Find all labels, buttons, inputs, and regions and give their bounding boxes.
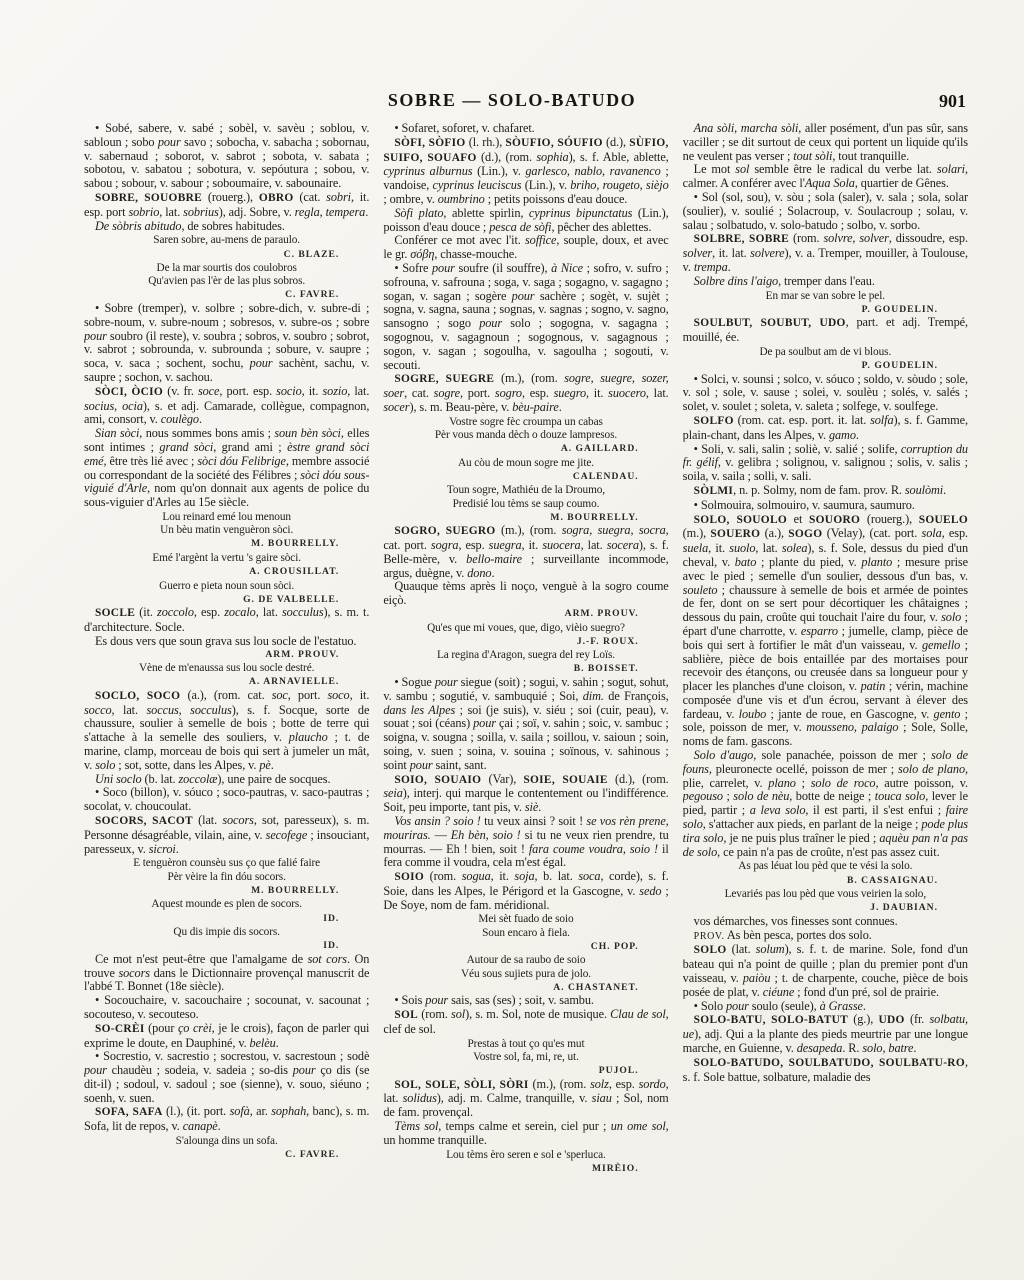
text-segment: mousseno, palaigo <box>806 720 898 734</box>
text-segment: semble être le radical du verbe lat. <box>749 162 937 176</box>
verse-quotation: Autour de sa raubo de soioVéu sous sujie… <box>383 953 668 981</box>
verse-line: Prestas à tout ço qu'es mut <box>387 1038 664 1051</box>
text-segment: pour <box>84 329 107 343</box>
text-segment: soce <box>198 384 219 398</box>
headword: SOIO <box>394 871 424 883</box>
text-segment: sogua <box>462 869 491 883</box>
text-segment: • Socouchaire, v. sacouchaire ; socounat… <box>84 993 369 1021</box>
text-segment: socer <box>383 400 409 414</box>
text-segment: , lat. <box>755 541 782 555</box>
text-segment: (l.), (it. port. <box>163 1104 230 1118</box>
headword: SOIO, SOUAIO <box>394 774 481 786</box>
text-segment: grand sòci <box>159 440 213 454</box>
verse-quotation: Lou reinard emé lou menounUn bèu matin v… <box>84 510 369 538</box>
page-title: SOBRE — SOLO-BATUDO <box>0 90 1024 111</box>
text-segment: , port. esp. <box>219 384 276 398</box>
text-segment: belèu <box>250 1036 276 1050</box>
paragraph: De sòbris abitudo, de sobres habitudes. <box>84 220 369 234</box>
text-segment: pour <box>425 993 448 1007</box>
text-segment: sol <box>451 1007 465 1021</box>
text-segment: soco <box>327 688 349 702</box>
text-segment: chaudèu ; sodeia, v. sadeia ; so-dis <box>107 1063 293 1077</box>
paragraph: • Solo pour soulo (seule), à Grasse. <box>683 1000 968 1014</box>
paragraph: • Sogue pour siegue (soit) ; sogui, v. s… <box>383 676 668 773</box>
verse-quotation: E tenguèron counsèu sus ço que falié fai… <box>84 856 369 884</box>
text-segment: pour <box>84 1063 107 1077</box>
text-segment: socco <box>84 703 112 717</box>
text-segment: , sole panachée, poisson de mer ; <box>753 748 931 762</box>
verse-line: Qu dis impie dis socors. <box>88 926 365 939</box>
text-segment: (cat. <box>294 190 327 204</box>
headword: SOUORO <box>809 514 860 526</box>
text-segment: solo <box>941 610 961 624</box>
text-segment: loubo <box>739 707 767 721</box>
text-segment: , nous sommes bons amis ; <box>139 426 274 440</box>
paragraph: • Solci, v. sounsi ; solco, v. sóuco ; s… <box>683 373 968 414</box>
text-segment: , pleuronecte ocellé, poisson de mer ; <box>709 762 898 776</box>
headword: SOCLO, SOCO <box>95 690 180 702</box>
text-segment: soffice <box>525 233 556 247</box>
text-segment: un ome sol <box>611 1119 666 1133</box>
text-segment: (l. rh.), <box>466 135 506 149</box>
headword: SOLO, SOUOLO <box>694 514 787 526</box>
text-segment: socors <box>118 966 150 980</box>
headword: SÒFI, SÒFIO <box>394 137 465 149</box>
verse-line: Qu'avien pas l'èr de las plus sobros. <box>88 275 365 288</box>
text-segment: ciéune <box>763 985 795 999</box>
paragraph: • Soli, v. sali, salin ; soliè, v. salié… <box>683 443 968 484</box>
text-segment: (Lin.), v. <box>472 164 525 178</box>
text-segment: (a.), (rom. cat. <box>180 688 271 702</box>
dictionary-entry: SOL, SOLE, SÒLI, SÒRI (m.), (rom. solz, … <box>383 1078 668 1120</box>
text-segment: pè <box>259 758 270 772</box>
text-segment: suocero <box>608 386 646 400</box>
dictionary-page-scan: SOBRE — SOLO-BATUDO 901 • Sobé, sabere, … <box>0 0 1024 1280</box>
text-segment: ), s. m. Beau-père, v. <box>409 400 512 414</box>
verse-quotation: Emé l'argènt la vertu 's gaire sòci. <box>84 551 369 566</box>
text-segment: solo de nèu <box>733 789 789 803</box>
text-segment: , lat. <box>256 605 282 619</box>
headword: SOLFO <box>694 415 734 427</box>
headword: SOL <box>394 1009 418 1021</box>
text-segment: soufre (il souffre), <box>455 261 551 275</box>
dictionary-entry: SOCLO, SOCO (a.), (rom. cat. soc, port. … <box>84 689 369 773</box>
text-segment: , lat. <box>581 538 607 552</box>
text-segment: zocalo <box>224 605 256 619</box>
text-segment: (rom. <box>418 1007 451 1021</box>
citation-author: CH. POP. <box>383 941 668 954</box>
text-segment: soun bèn sòci <box>274 426 341 440</box>
text-segment: (rom. <box>789 231 823 245</box>
verse-quotation: Levariés pas lou pèd que vous veirien la… <box>683 887 968 902</box>
text-segment: solver <box>683 246 712 260</box>
text-segment: , grand ami ; <box>213 440 287 454</box>
dictionary-entry: SOBRE, SOUOBRE (rouerg.), OBRO (cat. sob… <box>84 191 369 220</box>
verse-line: Autour de sa raubo de soio <box>387 954 664 967</box>
paragraph: • Socrestio, v. sacrestio ; socrestou, v… <box>84 1050 369 1105</box>
headword: SÒCI, ÒCIO <box>95 386 163 398</box>
text-segment: ço crèi <box>178 1021 212 1035</box>
text-segment: solo de plano <box>898 762 965 776</box>
dictionary-entry: SOGRE, SUEGRE (m.), (rom. sogre, suegre,… <box>383 372 668 414</box>
citation-author: J.-F. ROUX. <box>383 636 668 649</box>
headword: SOGRE, SUEGRE <box>394 373 494 385</box>
text-segment: • Sofaret, soforet, v. chafaret. <box>394 122 534 135</box>
text-segment: souleto <box>683 583 718 597</box>
verse-quotation: Aquest mounde es plen de socors. <box>84 897 369 912</box>
text-segment: desapeda <box>797 1041 843 1055</box>
citation-author: C. FAVRE. <box>84 1149 369 1162</box>
verse-line: Saren sobre, au-mens de paraulo. <box>88 234 365 247</box>
text-segment: vos démarches, vos finesses sont connues… <box>694 914 898 928</box>
text-segment: ), une paire de socques. <box>217 772 330 786</box>
citation-author: MIRÈIO. <box>383 1163 668 1176</box>
text-segment: (Velay), (cat. port. <box>822 526 921 540</box>
text-segment: , dissoudre, esp. <box>889 231 968 245</box>
text-segment: . <box>271 758 274 772</box>
text-segment: ; sot, sotte, dans les Alpes, v. <box>115 758 259 772</box>
text-segment: (m.), <box>683 526 711 540</box>
text-segment: Sian sòci <box>95 426 139 440</box>
columns: • Sobé, sabere, v. sabé ; sobèl, v. savè… <box>84 122 968 1242</box>
text-segment: ; ombre, v. <box>383 192 437 206</box>
headword: SOLO <box>694 944 727 956</box>
text-segment: coulègo <box>161 412 199 426</box>
text-segment: seia <box>383 786 402 800</box>
paragraph: Es dous vers que soun grava sus lou socl… <box>84 635 369 649</box>
text-segment: sophia <box>536 150 568 164</box>
text-segment: Ana sòli, marcha sòli <box>694 122 799 135</box>
text-segment: ), adj. m. Calme, tranquille, v. <box>437 1091 592 1105</box>
text-segment: , port. <box>460 386 495 400</box>
dictionary-entry: SOGRO, SUEGRO (m.), (rom. sogra, suegra,… <box>383 524 668 580</box>
text-segment: planto <box>861 555 892 569</box>
text-segment: ; <box>796 776 811 790</box>
text-segment: . <box>863 999 866 1013</box>
text-segment: ; fond d'un pré, sol de prairie. <box>794 985 939 999</box>
text-segment: soulòmi <box>905 483 943 497</box>
verse-line: Predisié lou tèms se saup coumo. <box>387 498 664 511</box>
text-segment: pour <box>479 316 502 330</box>
verse-quotation: Guerro e pieta noun soun sòci. <box>84 579 369 594</box>
verse-line: De la mar sourtis dos coulobros <box>88 262 365 275</box>
text-segment: a leva solo <box>750 803 806 817</box>
text-segment: sordo <box>639 1077 666 1091</box>
citation-author: A. GAILLARD. <box>383 443 668 456</box>
text-segment: • Solci, v. sounsi ; solco, v. sóuco ; s… <box>683 372 968 414</box>
text-segment: . <box>491 566 494 580</box>
text-segment: (rom. <box>424 869 462 883</box>
text-segment: ; petits poissons d'eau douce. <box>485 192 628 206</box>
text-segment: sol <box>735 162 749 176</box>
text-segment: • Sois <box>394 993 425 1007</box>
dictionary-entry: SOLBRE, SOBRE (rom. solvre, solver, diss… <box>683 232 968 274</box>
verse-line: Aquest mounde es plen de socors. <box>88 898 365 911</box>
text-segment: . <box>276 1036 279 1050</box>
text-segment: . <box>913 1041 916 1055</box>
text-segment: . R. <box>842 1041 862 1055</box>
text-segment: , v. gelibra ; solignou, v. salignou ; s… <box>683 455 968 483</box>
text-segment: , b. lat. <box>535 869 579 883</box>
text-segment: cyprinus leuciscus <box>432 178 521 192</box>
text-segment: socors <box>222 813 254 827</box>
text-segment: , esp. <box>609 1077 639 1091</box>
text-segment: ), s. f. Able, ablette, <box>569 150 669 164</box>
verse-line: Qu'es que mi voues, que, digo, vièio sue… <box>387 622 664 635</box>
text-segment: ; chaussure à semelle de bois et armée d… <box>683 583 968 625</box>
paragraph: Sòfi plato, ablette spirlin, cyprinus bi… <box>383 207 668 235</box>
verse-quotation: Qu'es que mi voues, que, digo, vièio sue… <box>383 621 668 636</box>
text-segment: , botte de neige ; <box>789 789 874 803</box>
text-segment: cyprinus alburnus <box>383 164 472 178</box>
paragraph: Solbre dins l'aigo, tremper dans l'eau. <box>683 275 968 289</box>
paragraph: • Soco (billon), v. sóuco ; soco-pautras… <box>84 786 369 814</box>
text-segment: (m.), (rom. <box>494 371 564 385</box>
text-segment: (v. fr. <box>163 384 198 398</box>
verse-quotation: Prestas à tout ço qu'es mutVostre sol, f… <box>383 1037 668 1065</box>
text-segment: solari <box>937 162 965 176</box>
text-segment: sobri <box>326 190 351 204</box>
text-segment: et <box>787 512 809 526</box>
text-segment: solo <box>95 758 115 772</box>
text-segment: Aqua Sola <box>805 176 855 190</box>
text-segment: pegouso <box>683 789 723 803</box>
text-segment: , temps calme et serein, ciel pur ; <box>438 1119 610 1133</box>
text-segment: pour <box>512 289 535 303</box>
headword: SOCORS, SACOT <box>95 815 193 827</box>
text-segment: . <box>365 205 368 219</box>
verse-quotation: Saren sobre, au-mens de paraulo. <box>84 233 369 248</box>
verse-line: Vène de m'enaussa sus lou socle destré. <box>88 662 365 675</box>
text-segment: σόβη <box>410 247 434 261</box>
paragraph: PROV. As bèn pesca, portes dos solo. <box>683 929 968 944</box>
text-segment: ; plante du pied, v. <box>756 555 861 569</box>
headword: SOLO-BATU, SOLO-BATUT <box>694 1014 848 1026</box>
text-segment: solfa <box>870 413 893 427</box>
text-segment: , je ne puis plus traîner le pied ; <box>723 831 879 845</box>
text-segment: Sòfi plato <box>394 206 443 220</box>
paragraph: • Sois pour sais, sas (ses) ; soit, v. s… <box>383 994 668 1008</box>
text-segment: soccus, socculus <box>147 703 232 717</box>
text-segment: , esp. <box>942 526 968 540</box>
text-segment: solidus <box>403 1091 437 1105</box>
dictionary-entry: SOCLE (it. zoccolo, esp. zocalo, lat. so… <box>84 606 369 635</box>
text-segment: , it. <box>491 869 515 883</box>
text-segment: soja <box>514 869 534 883</box>
verse-line: Toun sogre, Mathiéu de la Droumo, <box>387 484 664 497</box>
headword: UDO <box>879 1014 905 1026</box>
text-segment: Ce mot n'est peut-être que l'amalgame de <box>95 952 308 966</box>
verse-quotation: Vène de m'enaussa sus lou socle destré. <box>84 661 369 676</box>
text-segment: (it. <box>135 605 157 619</box>
text-segment: paiòu <box>743 971 771 985</box>
headword: SOGO <box>788 528 822 540</box>
text-segment: sedo <box>639 884 661 898</box>
paragraph: Solo d'augo, sole panachée, poisson de m… <box>683 749 968 859</box>
text-segment: Quauque tèms après li noço, venguè à la … <box>383 579 668 607</box>
paragraph: • Sol (sol, sou), v. sòu ; sola (saler),… <box>683 191 968 232</box>
text-segment: • Soco (billon), v. sóuco ; soco-pautras… <box>84 785 369 813</box>
verse-line: Lou tèms èro seren e sol e 'sperluca. <box>387 1149 664 1162</box>
text-segment: suela <box>683 541 708 555</box>
text-segment: soca <box>578 869 600 883</box>
text-segment: sogre <box>434 386 460 400</box>
text-segment: , it. lat. <box>712 246 750 260</box>
text-segment: , pêcher des ablettes. <box>551 220 651 234</box>
verse-quotation: Toun sogre, Mathiéu de la Droumo,Predisi… <box>383 483 668 511</box>
citation-author: C. BLAZE. <box>84 249 369 262</box>
headword: SOFA, SAFA <box>95 1106 163 1118</box>
text-segment: , s'attacher aux pieds, en parlant de la… <box>703 817 922 831</box>
text-segment: , ar. <box>250 1104 272 1118</box>
text-segment: zoccolæ <box>178 772 217 786</box>
verse-line: En mar se van sobre le pel. <box>687 290 964 303</box>
text-segment: Le mot <box>694 162 736 176</box>
text-segment: , tremper dans l'eau. <box>778 274 875 288</box>
text-segment: suegro <box>554 386 586 400</box>
headword: SOL, SOLE, SÒLI, SÒRI <box>394 1079 528 1091</box>
text-segment: bello-maire <box>466 552 522 566</box>
text-segment: cyprinus bipunctatus <box>529 206 632 220</box>
paragraph: Conférer ce mot avec l'it. soffice, soup… <box>383 234 668 262</box>
headword: SOLO-BATUDO, SOULBATUDO, SOULBATU-RO <box>694 1057 965 1069</box>
text-segment: ; jante de roue, en Gascogne, v. <box>766 707 933 721</box>
verse-quotation: De la mar sourtis dos coulobrosQu'avien … <box>84 261 369 289</box>
text-segment: solea <box>782 541 807 555</box>
dictionary-entry: SOLO, SOUOLO et SOUORO (rouerg.), SOUELO… <box>683 513 968 750</box>
text-segment: . <box>218 1119 221 1133</box>
dictionary-entry: SOLO (lat. solum), s. f. t. de marine. S… <box>683 943 968 999</box>
headword: SOLBRE, SOBRE <box>694 233 789 245</box>
text-segment: ; <box>723 789 733 803</box>
dictionary-entry: SÒFI, SÒFIO (l. rh.), SÒUFIO, SÓUFIO (d.… <box>383 136 668 207</box>
text-segment: tu veux ainsi ? soit ! <box>481 814 587 828</box>
text-segment: , tout tranquille. <box>832 149 909 163</box>
text-segment: bèu-paire <box>512 400 558 414</box>
dictionary-entry: SOIO (rom. sogua, it. soja, b. lat. soca… <box>383 870 668 912</box>
text-segment: sòci dóu Felibrige <box>197 454 285 468</box>
text-segment: plaucho <box>289 730 328 744</box>
text-segment: à Grasse <box>820 999 863 1013</box>
citation-author: M. BOURRELLY. <box>84 538 369 551</box>
text-segment: . <box>538 800 541 814</box>
text-segment: De sòbris abitudo <box>95 219 181 233</box>
text-segment: Vos ansin ? soio ! <box>394 814 480 828</box>
paragraph: Ana sòli, marcha sòli, aller posément, d… <box>683 122 968 163</box>
text-segment: pour <box>410 758 433 772</box>
text-segment: sogra, suegra, socra <box>562 523 666 537</box>
text-segment: , esp. <box>458 538 488 552</box>
column-1: • Sobé, sabere, v. sabé ; sobèl, v. savè… <box>84 122 369 1242</box>
dictionary-entry: SOCORS, SACOT (lat. socors, sot, paresse… <box>84 814 369 856</box>
verse-line: Vostre sogre fèc croumpa un cabas <box>387 416 664 429</box>
text-segment: Uni soclo <box>95 772 142 786</box>
text-segment: As bèn pesca, portes dos solo. <box>725 928 872 942</box>
headword: SOCLE <box>95 607 135 619</box>
headword: SOIE, SOUAIE <box>523 774 607 786</box>
text-segment: tout sòli <box>793 149 832 163</box>
text-segment: , quartier de Gênes. <box>855 176 949 190</box>
verse-quotation: Lou tèms èro seren e sol e 'sperluca. <box>383 1148 668 1163</box>
text-segment: (d.), (rom. <box>608 772 669 786</box>
paragraph: Le mot sol semble être le radical du ver… <box>683 163 968 191</box>
verse-line: De pa soulbut am de vi blous. <box>687 346 964 359</box>
paragraph: • Sofre pour soufre (il souffre), à Nice… <box>383 262 668 372</box>
headword: SOBRE, SOUOBRE <box>95 192 202 204</box>
text-segment: . <box>199 412 202 426</box>
citation-author: M. BOURRELLY. <box>84 885 369 898</box>
text-segment: pour <box>158 135 181 149</box>
text-segment: solo, batre <box>862 1041 913 1055</box>
text-segment: , lat. <box>347 384 369 398</box>
text-segment: , autre poisson, v. <box>876 776 968 790</box>
text-segment: solum <box>756 942 785 956</box>
text-segment: • Sogue <box>394 675 434 689</box>
text-segment: sicroi <box>149 842 176 856</box>
dictionary-entry: SOFA, SAFA (l.), (it. port. sofà, ar. so… <box>84 1105 369 1134</box>
text-segment: à Nice <box>551 261 583 275</box>
paragraph: Sian sòci, nous sommes bons amis ; soun … <box>84 427 369 510</box>
text-segment: sola <box>922 526 942 540</box>
text-segment: secofege <box>266 828 308 842</box>
text-segment: socculus <box>282 605 324 619</box>
verse-line: Au còu de moun sogre me jite. <box>387 457 664 470</box>
text-segment: (m.), (rom. <box>496 523 562 537</box>
text-segment: gamo <box>829 428 856 442</box>
text-segment: solo de roco <box>811 776 876 790</box>
verse-line: La regina d'Aragon, suegra del rey Loïs. <box>387 649 664 662</box>
paragraph: • Sobé, sabere, v. sabé ; sobèl, v. savè… <box>84 122 369 191</box>
text-segment: Solbre dins l'aigo <box>694 274 778 288</box>
dictionary-entry: SÒLMI, n. p. Solmy, nom de fam. prov. R.… <box>683 484 968 499</box>
text-segment: regla, tempera <box>295 205 366 219</box>
paragraph: Tèms sol, temps calme et serein, ciel pu… <box>383 1120 668 1148</box>
text-segment: • Solo <box>694 999 726 1013</box>
text-segment: pour <box>432 261 455 275</box>
text-segment: briho, rougeto, sièjo <box>570 178 668 192</box>
citation-author: ARM. PROUV. <box>84 649 369 662</box>
text-segment: • Sol (sol, sou), v. sòu ; sola (saler),… <box>683 190 968 232</box>
verse-line: Vostre sol, fa, mi, re, ut. <box>387 1051 664 1064</box>
text-segment: ), s. m. Sol, note de musique. <box>465 1007 610 1021</box>
citation-author: CALENDAU. <box>383 471 668 484</box>
text-segment: (m.), (rom. <box>529 1077 590 1091</box>
citation-author: ID. <box>84 913 369 926</box>
text-segment: pour <box>473 716 496 730</box>
paragraph: Ce mot n'est peut-être que l'amalgame de… <box>84 953 369 994</box>
text-segment: • Sofre <box>394 261 432 275</box>
text-segment: solvre, solver <box>823 231 888 245</box>
citation-author: ARM. PROUV. <box>383 608 668 621</box>
text-segment: (rouerg.), <box>860 512 919 526</box>
text-segment: zoccolo <box>157 605 194 619</box>
text-segment: ), adj. Sobre, v. <box>219 205 295 219</box>
text-segment: . <box>943 483 946 497</box>
citation-author: B. CASSAIGNAU. <box>683 875 968 888</box>
verse-line: E tenguèron counsèu sus ço que falié fai… <box>88 857 365 870</box>
running-header: SOBRE — SOLO-BATUDO 901 <box>0 90 1024 116</box>
dictionary-entry: SÒCI, ÒCIO (v. fr. soce, port. esp. soci… <box>84 385 369 427</box>
text-segment: socera <box>607 538 639 552</box>
paragraph: • Sobre (tremper), v. solbre ; sobre-dic… <box>84 302 369 385</box>
verse-quotation: S'alounga dins un sofa. <box>84 1134 369 1149</box>
verse-line: Véu sous sujiets pura de jolo. <box>387 968 664 981</box>
headword: SOULBUT, SOUBUT, UDO <box>694 317 846 329</box>
text-segment: Conférer ce mot avec l'it. <box>394 233 525 247</box>
verse-line: As pas léuat lou pèd que te vési la solo… <box>687 860 964 873</box>
text-segment: sofà <box>230 1104 250 1118</box>
text-segment: Tèms sol <box>394 1119 438 1133</box>
